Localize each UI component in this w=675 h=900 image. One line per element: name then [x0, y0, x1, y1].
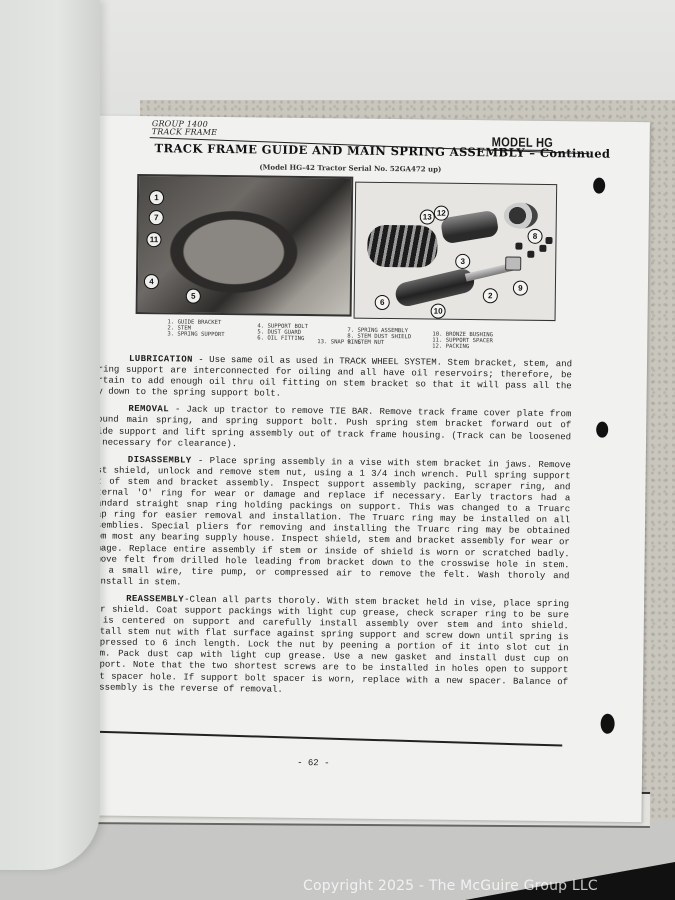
facing-page-curl [0, 0, 100, 870]
section-text: - Place spring assembly in a vise with s… [84, 455, 571, 587]
binder-hole-icon [596, 422, 608, 438]
callout-2: 2 [483, 288, 498, 303]
group-label: GROUP 1400 TRACK FRAME [152, 120, 218, 137]
screw-icon [539, 245, 546, 252]
screw-icon [515, 243, 522, 250]
legend-item: 12. PACKING [432, 344, 493, 351]
callout-3: 3 [455, 254, 470, 269]
legend-item: 6. OIL FITTING [257, 336, 308, 343]
dust-cap-icon [504, 202, 538, 228]
track-frame-photo: 1 7 11 4 5 [136, 174, 354, 317]
page-subtitle: (Model HG-42 Tractor Serial No. 52GA472 … [259, 162, 441, 173]
callout-9: 9 [513, 281, 528, 296]
legend-column-1: 1. GUIDE BRACKET 2. STEM 3. SPRING SUPPO… [167, 319, 224, 338]
callout-6: 6 [375, 295, 390, 310]
instructions-body: LUBRICATION - Use same oil as used in TR… [83, 353, 572, 705]
section-name: TRACK FRAME [152, 128, 217, 137]
legend-item: 9. STEM NUT [347, 340, 411, 347]
stem-nut-icon [505, 256, 521, 270]
legend-column-3: 7. SPRING ASSEMBLY 8. STEM DUST SHIELD 9… [347, 328, 411, 347]
callout-5: 5 [186, 289, 201, 304]
callout-10: 10 [431, 304, 446, 319]
screw-icon [527, 251, 534, 258]
manual-page: GROUP 1400 TRACK FRAME MODEL HG TRACK FR… [51, 115, 650, 822]
callout-4: 4 [144, 274, 159, 289]
section-heading: REMOVAL [128, 404, 169, 414]
callout-13: 13 [420, 209, 435, 224]
legend-item: 3. SPRING SUPPORT [167, 332, 224, 339]
section-text: -Clean all parts thoroly. With stem brac… [83, 594, 569, 694]
page-number: - 62 - [297, 758, 330, 768]
dust-shield-icon [440, 210, 499, 245]
copyright-watermark: Copyright 2025 - The McGuire Group LLC [303, 878, 598, 894]
callout-12: 12 [434, 206, 449, 221]
section-heading: REASSEMBLY [126, 594, 184, 605]
callout-7: 7 [149, 210, 164, 225]
legend-column-4: 10. BRONZE BUSHING 11. SUPPORT SPACER 12… [432, 332, 493, 351]
binder-hole-icon [593, 178, 605, 194]
parts-legend: 1. GUIDE BRACKET 2. STEM 3. SPRING SUPPO… [167, 319, 567, 354]
legend-column-2: 4. SUPPORT BOLT 5. DUST GUARD 6. OIL FIT… [257, 323, 308, 342]
callout-11: 11 [146, 232, 161, 247]
callout-8: 8 [527, 229, 542, 244]
callout-1: 1 [149, 190, 164, 205]
binder-hole-icon [600, 714, 614, 734]
footer-rule [82, 730, 562, 746]
section-disassembly: DISASSEMBLY - Place spring assembly in a… [84, 454, 571, 593]
section-reassembly: REASSEMBLY-Clean all parts thoroly. With… [83, 593, 569, 699]
section-heading: DISASSEMBLY [128, 455, 192, 466]
section-lubrication: LUBRICATION - Use same oil as used in TR… [87, 353, 573, 403]
screw-icon [545, 237, 552, 244]
coil-spring-icon [367, 225, 438, 268]
section-removal: REMOVAL - Jack up tractor to remove TIE … [86, 404, 572, 454]
spring-assembly-photo: 13 12 8 3 9 2 6 10 [354, 182, 558, 321]
section-heading: LUBRICATION [129, 354, 193, 365]
